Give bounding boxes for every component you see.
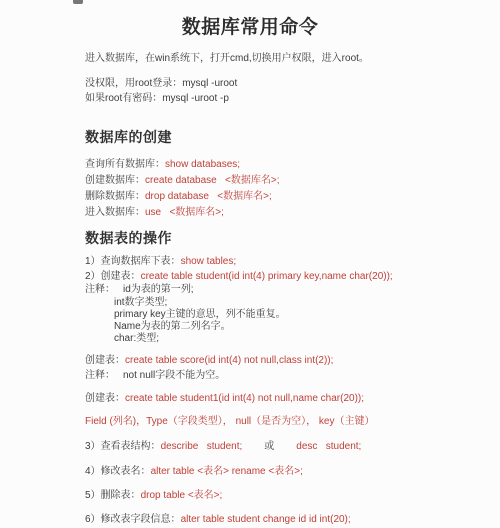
intro-line-1: 进入数据库，在win系统下，打开cmd,切换用户权限，进入root。	[85, 53, 369, 65]
command-line-describe: 3）查看表结构：describe student;或desc student;	[85, 441, 361, 453]
document-page: 数据库常用命令 进入数据库，在win系统下，打开cmd,切换用户权限，进入roo…	[0, 0, 500, 528]
command-text: describe student;	[161, 441, 243, 452]
intro-line-2: 没权限，用root登录：mysql -uroot	[85, 78, 237, 90]
note-line-4: Name为表的第二列名字。	[114, 321, 231, 333]
command-line-create-database: 创建数据库：create database <数据库名>;	[85, 175, 280, 187]
command-line-change-column: 6）修改表字段信息：alter table student change id …	[85, 514, 351, 526]
command-text: create table score(id int(4) not null,cl…	[125, 355, 333, 366]
note-line-not-null: 注释：not null字段不能为空。	[85, 370, 225, 382]
page-title: 数据库常用命令	[0, 12, 500, 39]
note-text: id为表的第一列;	[123, 284, 194, 295]
note-text: not null字段不能为空。	[123, 370, 225, 381]
command-label: 2）创建表：	[85, 271, 141, 282]
note-line-2: int数字类型;	[114, 297, 167, 309]
command-label: 查询所有数据库：	[85, 159, 165, 170]
command-line-show-databases: 查询所有数据库：show databases;	[85, 159, 240, 171]
field-type-key-line: Field (列名)，Type（字段类型）， null（是否为空）， key（主…	[85, 416, 374, 428]
command-label: 删除数据库：	[85, 191, 145, 202]
command-line-drop-table: 5）删除表：drop table <表名>;	[85, 490, 222, 502]
intro-line-3: 如果root有密码：mysql -uroot -p	[85, 93, 229, 105]
command-label: 创建表：	[85, 355, 125, 366]
command-line-create-student1: 创建表：create table student1(id int(4) not …	[85, 393, 364, 405]
command-text: use <数据库名>;	[145, 207, 224, 218]
command-label: 5）删除表：	[85, 490, 141, 501]
command-label: 进入数据库：	[85, 207, 145, 218]
command-text: drop table <表名>;	[141, 490, 223, 501]
note-line-3: primary key主键的意思，列不能重复。	[114, 309, 286, 321]
command-line-rename-table: 4）修改表名：alter table <表名> rename <表名>;	[85, 466, 303, 478]
command-text: create table student1(id int(4) not null…	[125, 393, 364, 404]
note-line-5: char:类型;	[114, 333, 159, 345]
note-label: 注释：	[85, 370, 115, 381]
command-text: alter table student change id id int(20)…	[181, 514, 351, 525]
command-text: show tables;	[181, 256, 237, 267]
section-heading-db-create: 数据库的创建	[85, 127, 172, 147]
command-text: drop database <数据库名>;	[145, 191, 272, 202]
note-line-1: 注释：id为表的第一列;	[85, 284, 194, 296]
command-line-create-score: 创建表：create table score(id int(4) not nul…	[85, 355, 333, 367]
command-line-use-database: 进入数据库：use <数据库名>;	[85, 207, 224, 219]
command-label: 6）修改表字段信息：	[85, 514, 181, 525]
command-label: 1）查询数据库下表：	[85, 256, 181, 267]
command-label: 3）查看表结构：	[85, 441, 161, 452]
command-label: 创建表：	[85, 393, 125, 404]
command-text: show databases;	[165, 159, 240, 170]
smudge-mark	[73, 0, 83, 4]
command-text: desc student;	[296, 441, 361, 452]
section-heading-table-ops: 数据表的操作	[85, 228, 172, 248]
note-label: 注释：	[85, 284, 115, 295]
command-line-show-tables: 1）查询数据库下表：show tables;	[85, 256, 236, 268]
command-text: create database <数据库名>;	[145, 175, 280, 186]
command-text: create table student(id int(4) primary k…	[141, 271, 393, 282]
command-text: alter table <表名> rename <表名>;	[151, 466, 303, 477]
command-line-drop-database: 删除数据库：drop database <数据库名>;	[85, 191, 272, 203]
or-separator: 或	[264, 441, 274, 452]
command-line-create-student: 2）创建表：create table student(id int(4) pri…	[85, 271, 393, 283]
command-label: 创建数据库：	[85, 175, 145, 186]
command-label: 4）修改表名：	[85, 466, 151, 477]
